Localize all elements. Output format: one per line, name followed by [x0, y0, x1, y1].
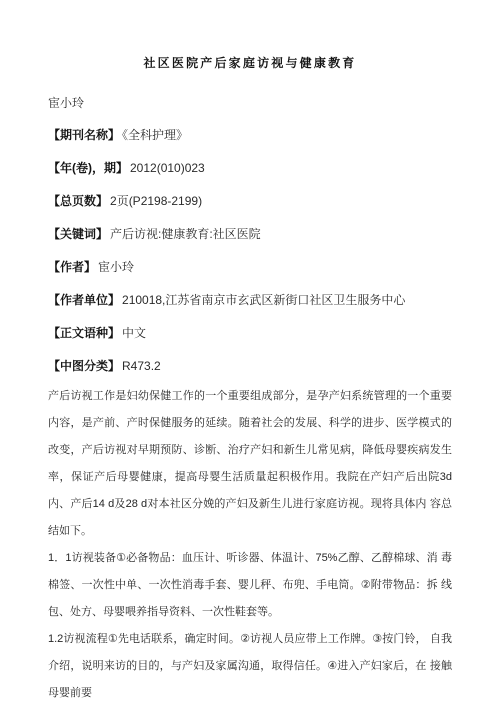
paragraph-visit-procedure: 1.2访视流程①先电话联系，确定时间。②访视人员应带上工作牌。③按门铃， 自我介…: [48, 626, 452, 707]
meta-line-author: 【作者】宦小玲: [48, 251, 452, 284]
meta-line-page-count: 【总页数】2页(P2198-2199): [48, 185, 452, 218]
meta-label-keywords: 【关键词】: [48, 227, 108, 241]
meta-line-clc: 【中图分类】R473.2: [48, 350, 452, 383]
meta-line-keywords: 【关键词】产后访视:健康教育:社区医院: [48, 218, 452, 251]
paragraph-intro: 产后访视工作是妇幼保健工作的一个重要组成部分，是孕产妇系统管理的一个重要 内容，…: [48, 383, 452, 545]
meta-label-affiliation: 【作者单位】: [48, 293, 120, 307]
meta-value-affiliation: 210018,江苏省南京市玄武区新街口社区卫生服务中心: [122, 293, 405, 307]
meta-label-language: 【正文语种】: [48, 326, 120, 340]
meta-value-language: 中文: [122, 326, 146, 340]
document-title: 社区医院产后家庭访视与健康教育: [48, 57, 452, 69]
meta-line-journal: 【期刊名称】《全科护理》: [48, 119, 452, 152]
meta-value-clc: R473.2: [122, 359, 161, 373]
paragraph-visit-equipment: 1．1访视装备①必备物品：血压计、听诊器、体温计、75%乙醇、乙醇棉球、消 毒棉…: [48, 545, 452, 626]
meta-value-journal: 《全科护理》: [122, 128, 188, 142]
meta-line-language: 【正文语种】中文: [48, 317, 452, 350]
meta-value-keywords: 产后访视:健康教育:社区医院: [110, 227, 261, 241]
meta-line-year-volume-issue: 【年(卷)，期】2012(010)023: [48, 152, 452, 185]
metadata-section: 【期刊名称】《全科护理》 【年(卷)，期】2012(010)023 【总页数】2…: [48, 119, 452, 383]
meta-value-page-count: 2页(P2198-2199): [110, 194, 202, 208]
meta-label-journal: 【期刊名称】: [48, 128, 120, 142]
meta-label-year-volume-issue: 【年(卷)，期】: [48, 161, 128, 175]
meta-label-clc: 【中图分类】: [48, 359, 120, 373]
document-page: 社区医院产后家庭访视与健康教育 宦小玲 【期刊名称】《全科护理》 【年(卷)，期…: [0, 0, 500, 707]
article-body: 产后访视工作是妇幼保健工作的一个重要组成部分，是孕产妇系统管理的一个重要 内容，…: [48, 383, 452, 707]
meta-label-page-count: 【总页数】: [48, 194, 108, 208]
meta-value-year-volume-issue: 2012(010)023: [130, 161, 205, 175]
meta-line-affiliation: 【作者单位】210018,江苏省南京市玄武区新街口社区卫生服务中心: [48, 284, 452, 317]
meta-value-author: 宦小玲: [98, 260, 134, 274]
author-name: 宦小玲: [48, 97, 452, 109]
meta-label-author: 【作者】: [48, 260, 96, 274]
